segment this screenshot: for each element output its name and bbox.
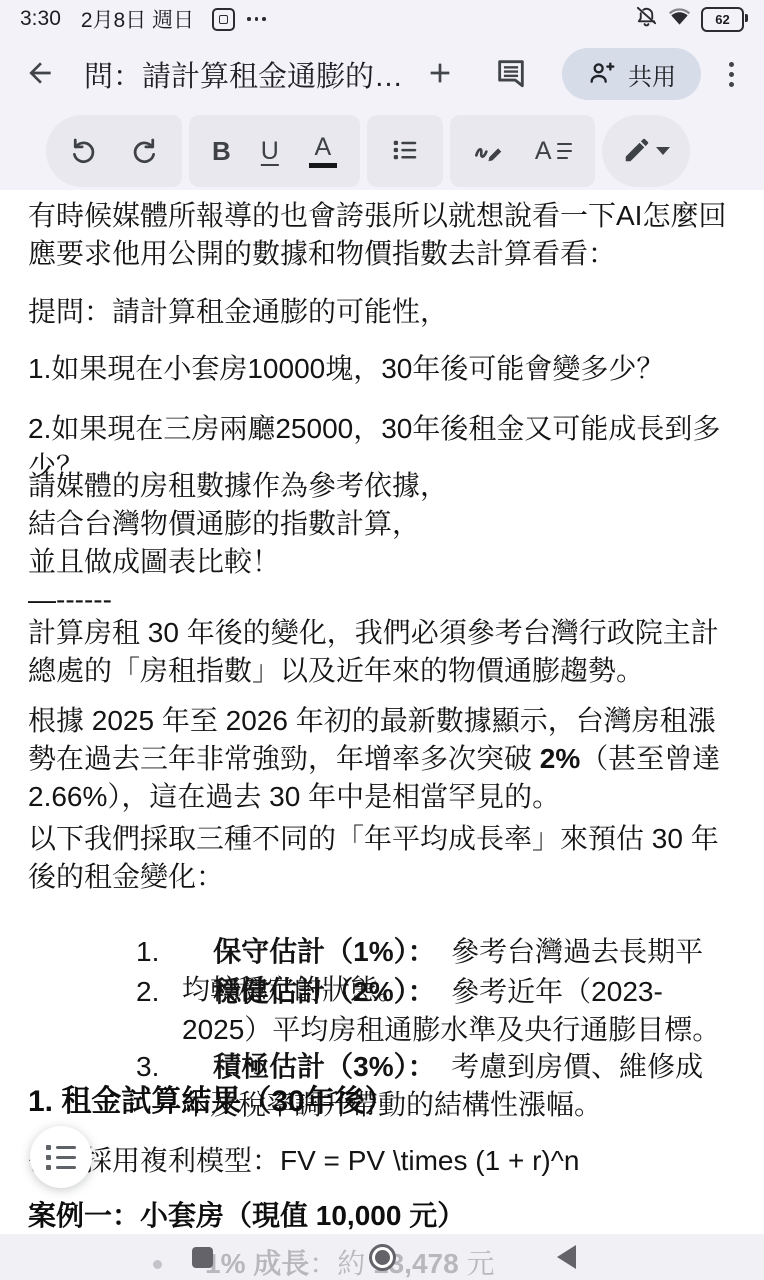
redo-icon [129,135,159,168]
bold-text-run: 穩健估計（2%）： [213,976,435,1007]
home-button[interactable] [352,1234,412,1280]
paragraph: 有時候媒體所報導的也會誇張所以就想說看一下AI怎麼回應要求他用公開的數據和物價指… [28,197,736,273]
person-add-icon [587,59,615,90]
back-arrow-icon [24,57,56,92]
edit-mode-selector [602,115,690,187]
share-button-label: 共用 [628,57,676,92]
bold-icon: B [212,138,231,164]
bold-button[interactable]: B [212,138,231,164]
formula-line: 公式採用複利模型：FV = PV \times (1 + r)^n [28,1142,736,1180]
text-color-icon: A [309,135,337,168]
recents-button[interactable] [172,1234,232,1280]
toolbar-group-list [367,115,443,187]
bulleted-list-icon [390,135,420,168]
underline-button[interactable]: U [261,139,279,164]
share-button[interactable]: 共用 [562,48,701,100]
notification-app-icon [212,8,235,31]
wifi-icon [667,5,692,34]
paragraph: 1.如果現在小套房10000塊，30年後可能會變多少？ [28,350,736,388]
section-heading: 1. 租金試算結果（30年後） [28,1083,736,1121]
format-toolbar: B U A [0,112,764,190]
chevron-down-icon [656,147,670,155]
paragraph: 並且做成圖表比較！ [28,543,736,581]
status-bar: 3:30 2月8日 週日 62 [0,0,764,38]
recents-square-icon [192,1247,213,1268]
undo-icon [69,135,99,168]
toolbar-group-text-style: B U A [189,115,360,187]
list-number: 1. [136,933,159,971]
document-outline-button[interactable] [30,1126,92,1188]
toolbar-group-insert-format: A [450,115,595,187]
list-number: 3. [136,1048,159,1086]
format-options-button[interactable]: A [535,139,572,164]
outline-list-icon [46,1145,76,1170]
bold-text-run: 2% [540,743,580,774]
list-number: 2. [136,973,159,1011]
paragraph: 請媒體的房租數據作為參考依據， [28,467,736,505]
undo-button[interactable] [69,135,99,168]
paragraph: 根據 2025 年至 2026 年初的最新數據顯示，台灣房租漲勢在過去三年非常強… [28,702,736,816]
paragraph: 以下我們採取三種不同的「年平均成長率」來預估 30 年後的租金變化： [28,820,736,896]
paragraph: 提問：請計算租金通膨的可能性， [28,293,736,331]
back-button[interactable] [24,57,56,92]
home-circle-icon [375,1250,390,1265]
more-notifications-icon [247,17,266,21]
toolbar-group-history [46,115,182,187]
mute-bell-icon [635,5,658,34]
comments-button[interactable] [494,56,528,93]
text-color-button[interactable]: A [309,135,337,168]
ink-pen-icon [473,134,505,169]
status-date: 2月8日 週日 [81,4,194,34]
format-text-icon: A [535,139,572,164]
app-header: 問：請計算租金通膨的… 共用 [0,38,764,110]
add-button[interactable] [424,57,456,92]
comment-bubble-icon [494,56,528,93]
plus-icon [424,57,456,92]
paragraph: 結合台灣物價通膨的指數計算， [28,505,736,543]
paragraph: 計算房租 30 年後的變化，我們必須參考台灣行政院主計總處的「房租指數」以及近年… [28,614,736,690]
battery-indicator: 62 [701,7,744,32]
bulleted-list-button[interactable] [390,135,420,168]
underline-icon: U [261,139,279,164]
ink-pen-button[interactable] [473,134,505,169]
bold-text-run: 積極估計（3%）： [213,1051,435,1082]
overflow-menu-button[interactable] [723,56,740,93]
paragraph-group: 請媒體的房租數據作為參考依據， 結合台灣物價通膨的指數計算， 並且做成圖表比較！… [28,467,736,619]
redo-button[interactable] [129,135,159,168]
back-triangle-icon [557,1245,576,1269]
back-nav-button[interactable] [536,1234,596,1280]
document-canvas[interactable]: 有時候媒體所報導的也會誇張所以就想說看一下AI怎麼回應要求他用公開的數據和物價指… [0,190,764,1280]
android-nav-bar [0,1234,764,1280]
clock: 3:30 [20,7,61,31]
document-title: 問：請計算租金通膨的… [84,54,403,95]
case-heading: 案例一：小套房（現值 10,000 元） [28,1198,736,1234]
battery-percent: 62 [715,12,729,27]
pencil-icon [622,135,652,168]
edit-mode-button[interactable] [622,135,670,168]
